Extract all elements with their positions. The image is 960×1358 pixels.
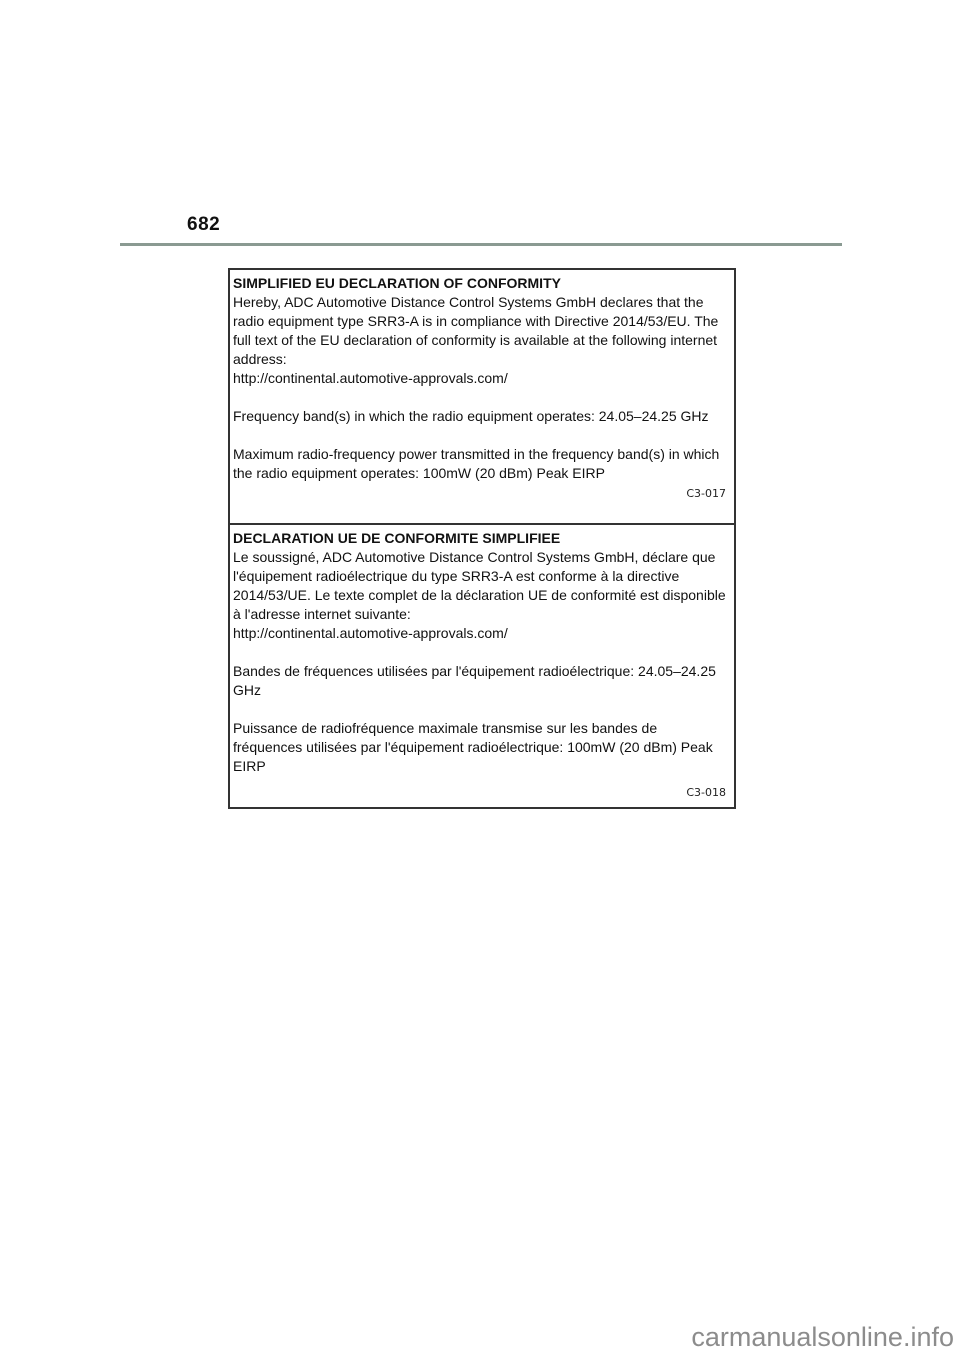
fr-frequency-band: Bandes de fréquences utilisées par l'équ… — [233, 662, 730, 700]
eu-declaration-statement: Hereby, ADC Automotive Distance Control … — [233, 293, 730, 369]
fr-declaration-section: DECLARATION UE DE CONFORMITE SIMPLIFIEE … — [230, 523, 734, 807]
eu-declaration-code: C3-017 — [233, 487, 730, 501]
eu-max-power: Maximum radio-frequency power transmitte… — [233, 445, 730, 483]
fr-declaration-url: http://continental.automotive-approvals.… — [233, 624, 730, 643]
eu-declaration-url: http://continental.automotive-approvals.… — [233, 369, 730, 388]
page-number: 682 — [187, 214, 220, 236]
eu-declaration-title: SIMPLIFIED EU DECLARATION OF CONFORMITY — [233, 274, 730, 293]
fr-declaration-title: DECLARATION UE DE CONFORMITE SIMPLIFIEE — [233, 529, 730, 548]
eu-frequency-band: Frequency band(s) in which the radio equ… — [233, 407, 730, 426]
eu-declaration-section: SIMPLIFIED EU DECLARATION OF CONFORMITY … — [230, 270, 734, 523]
fr-declaration-code: C3-018 — [233, 786, 730, 800]
fr-max-power: Puissance de radiofréquence maximale tra… — [233, 719, 730, 776]
fr-declaration-statement: Le soussigné, ADC Automotive Distance Co… — [233, 548, 730, 624]
watermark-text: carmanualsonline.info — [691, 1322, 954, 1353]
header-divider — [120, 243, 842, 246]
declaration-box: SIMPLIFIED EU DECLARATION OF CONFORMITY … — [228, 268, 736, 809]
